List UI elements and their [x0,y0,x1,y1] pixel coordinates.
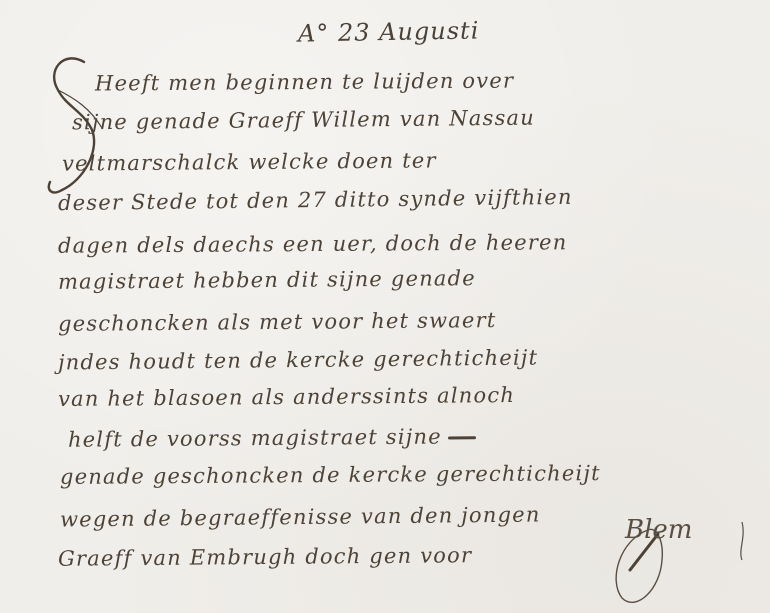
manuscript-line: Graeff van Embrugh doch gen voor [58,543,472,571]
manuscript-line: dagen dels daechs een uer, doch de heere… [58,230,568,258]
manuscript-line: jndes houdt ten de kercke gerechticheijt [58,345,538,374]
signature: Blem [625,515,692,545]
manuscript-page: A° 23 Augusti Heeft men beginnen te luij… [0,0,770,613]
manuscript-line: sijne genade Graeff Willem van Nassau [72,106,535,135]
manuscript-line-text: helft de voorss magistraet sijne [68,425,442,452]
manuscript-line: veltmarschalck welcke doen ter [62,148,437,175]
line-filler-dash [448,436,476,439]
manuscript-line: genade geschoncken de kercke gerechtiche… [60,461,601,489]
manuscript-line: helft de voorss magistraet sijne [68,424,476,452]
manuscript-line: Heeft men beginnen te luijden over [95,69,514,96]
manuscript-line: geschoncken als met voor het swaert [58,308,497,336]
manuscript-line: magistraet hebben dit sijne genade [58,266,476,294]
manuscript-line: van het blasoen als anderssints alnoch [58,383,515,411]
manuscript-line: wegen de begraeffenisse van den jongen [60,502,541,531]
manuscript-line: deser Stede tot den 27 ditto synde vijft… [58,185,573,215]
